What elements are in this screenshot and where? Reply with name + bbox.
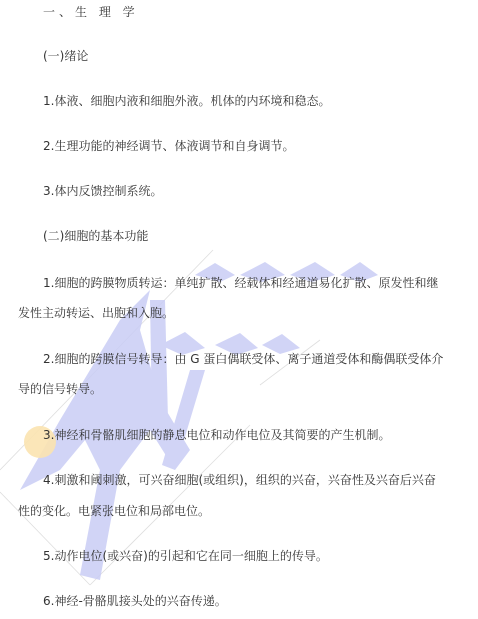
section-heading-cell-functions: (二)细胞的基本功能 [43, 229, 148, 243]
cell-item-2-line-1: 2.细胞的跨膜信号转导：由 G 蛋白偶联受体、离子通道受体和酶偶联受体介 [43, 352, 443, 366]
cell-item-5: 5.动作电位(或兴奋)的引起和它在同一细胞上的传导。 [43, 549, 328, 563]
document-title: 一、生 理 学 [43, 5, 139, 19]
cell-item-6: 6.神经-骨骼肌接头处的兴奋传递。 [43, 594, 227, 608]
cell-item-3: 3.神经和骨骼肌细胞的静息电位和动作电位及其简要的产生机制。 [43, 428, 390, 442]
intro-item-2: 2.生理功能的神经调节、体液调节和自身调节。 [43, 139, 294, 153]
cell-item-1-line-1: 1.细胞的跨膜物质转运：单纯扩散、经载体和经通道易化扩散、原发性和继 [43, 276, 438, 290]
section-heading-intro: (一)绪论 [43, 49, 88, 63]
intro-item-1: 1.体液、细胞内液和细胞外液。机体的内环境和稳态。 [43, 94, 330, 108]
cell-item-4-line-2: 性的变化。电紧张电位和局部电位。 [18, 504, 210, 518]
intro-item-3: 3.体内反馈控制系统。 [43, 184, 162, 198]
cell-item-4-line-1: 4.刺激和阈刺激，可兴奋细胞(或组织)，组织的兴奋，兴奋性及兴奋后兴奋 [43, 473, 436, 487]
cell-item-1-line-2: 发性主动转运、出胞和入胞。 [18, 306, 174, 320]
document-page: 一、生 理 学 (一)绪论 1.体液、细胞内液和细胞外液。机体的内环境和稳态。 … [0, 0, 478, 619]
cell-item-2-line-2: 导的信号转导。 [18, 382, 102, 396]
